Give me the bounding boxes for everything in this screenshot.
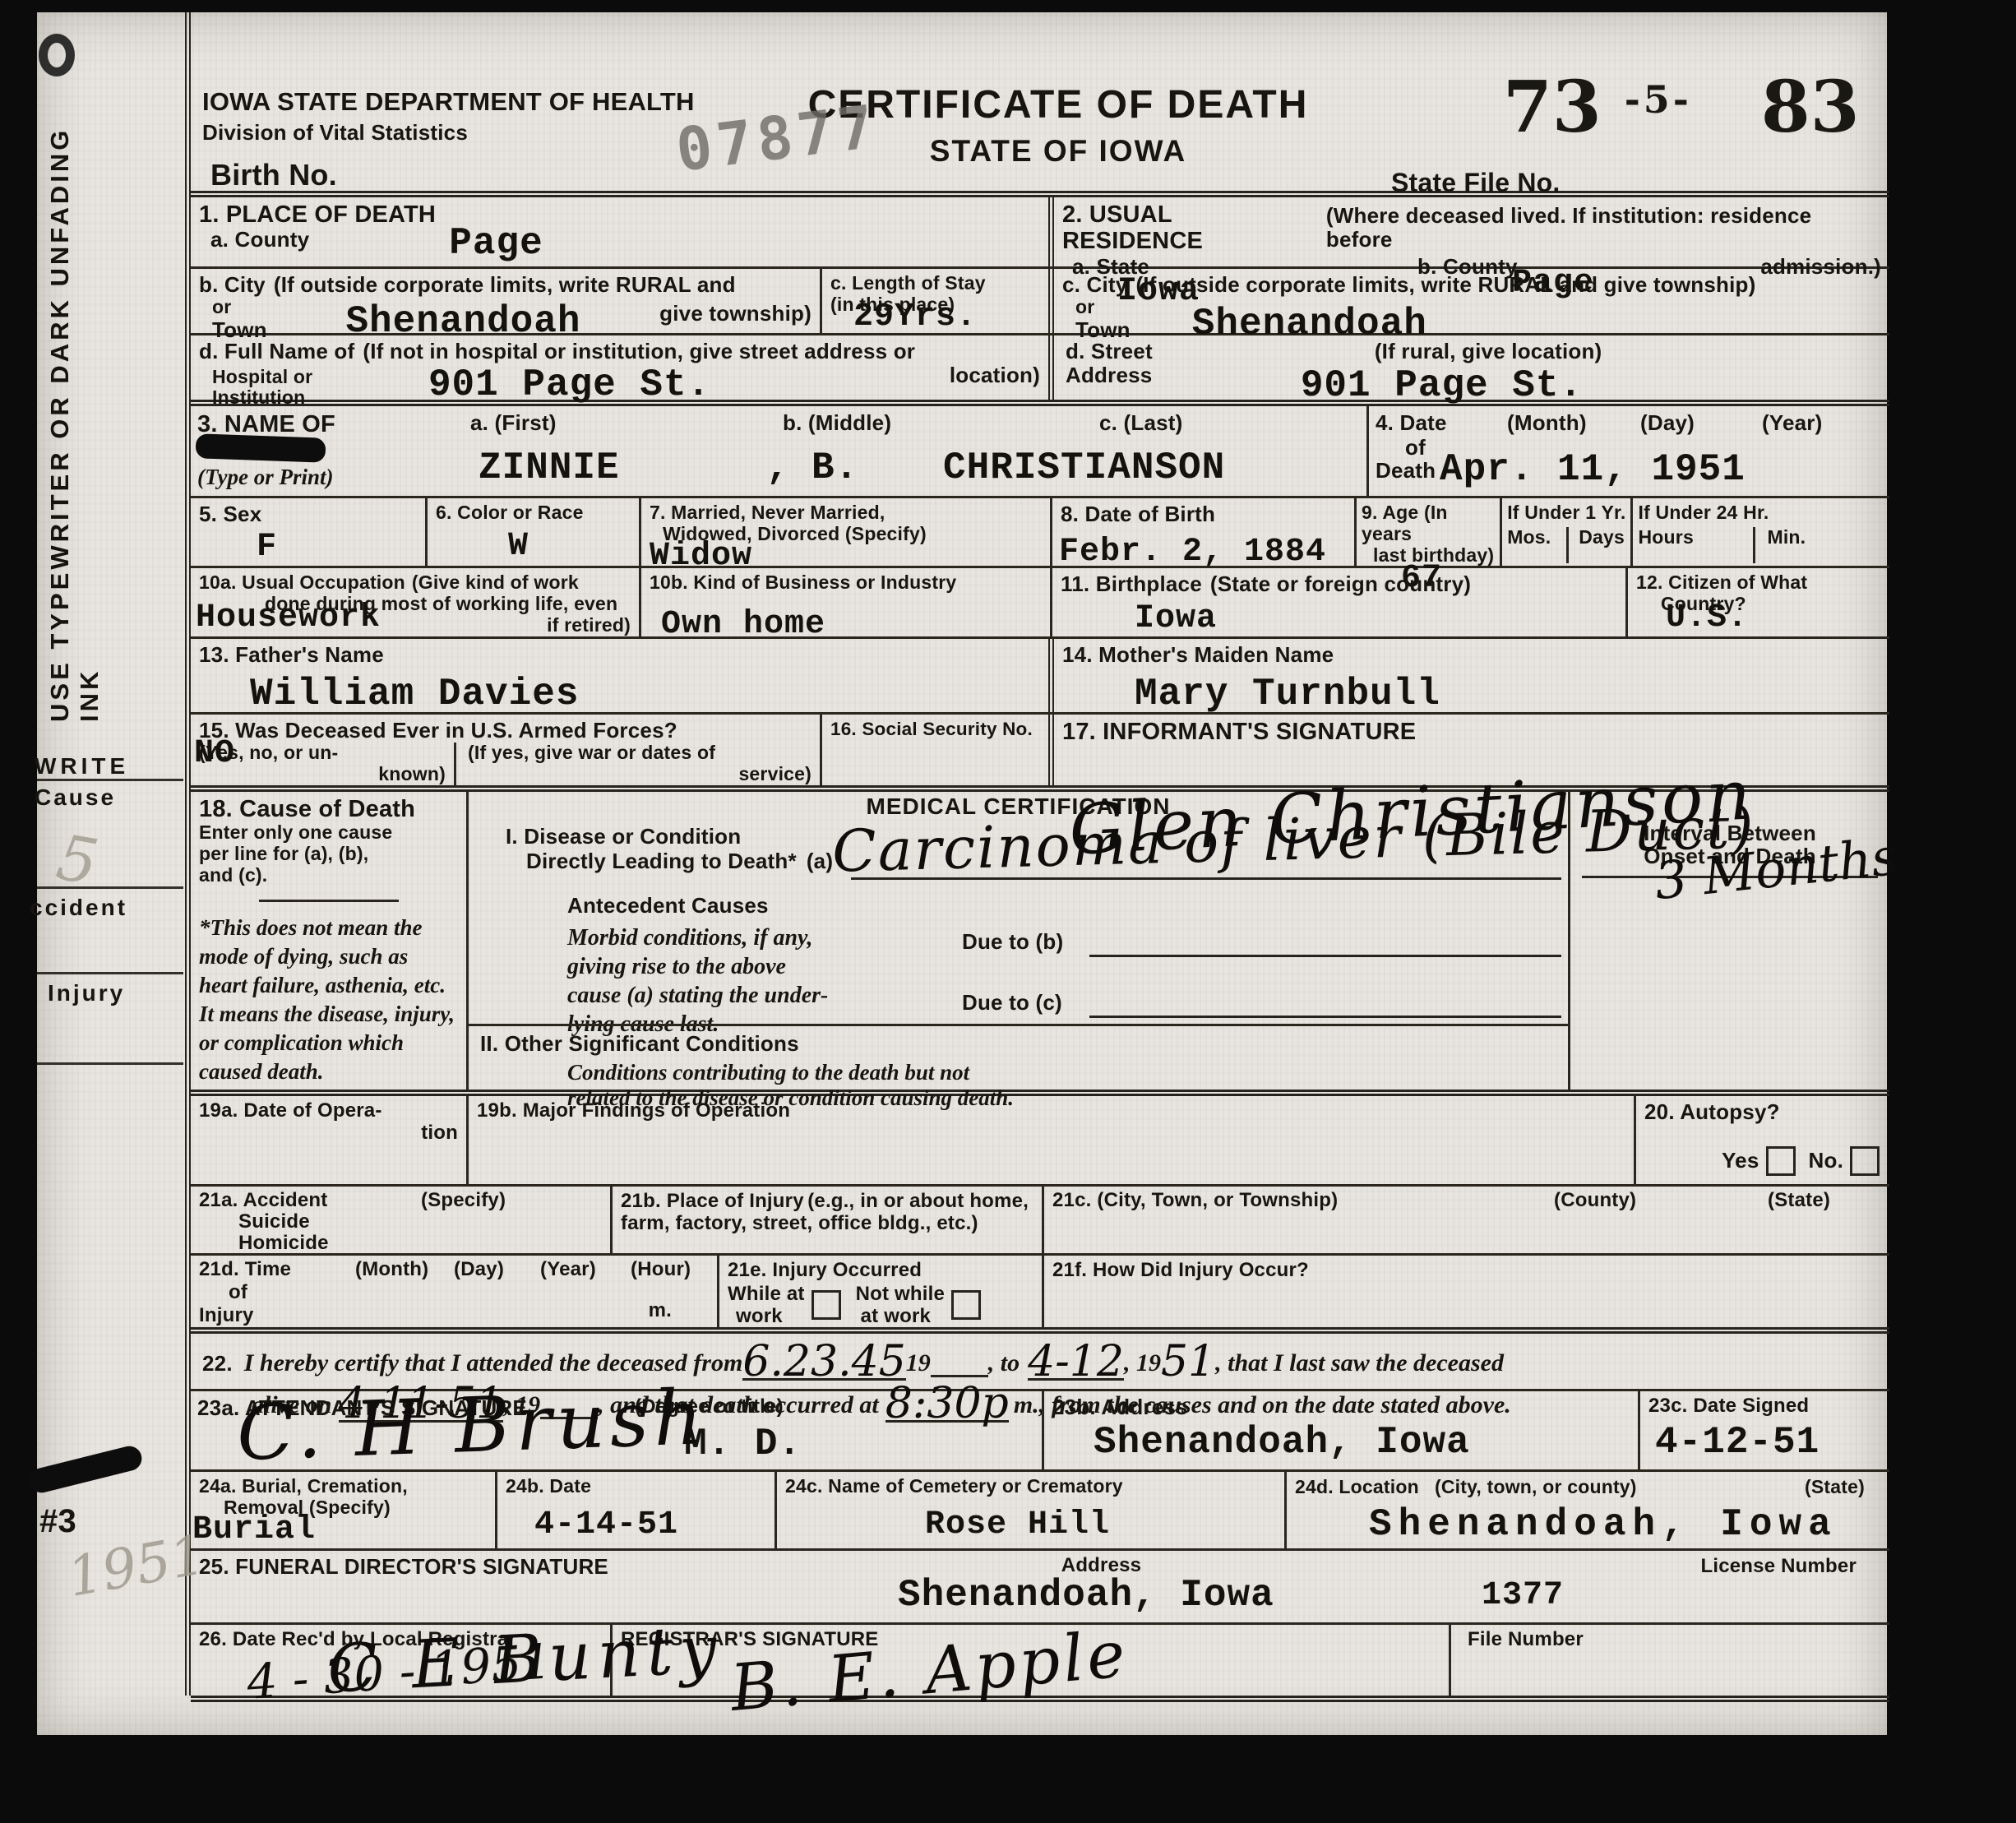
field-6-color-race: 6. Color or Race W	[425, 498, 639, 566]
row-injury-time: 21d. Time of Injury (Month) (Day) (Year)…	[191, 1256, 1889, 1334]
s9-u24-label: If Under 24 Hr.	[1638, 502, 1884, 524]
s1a-value: Page	[449, 224, 543, 262]
field-18-interval: Interval Between Onset and Death	[1568, 792, 1889, 1090]
s22-19a: 19	[906, 1349, 931, 1377]
s2c-or: or	[1075, 297, 1131, 318]
s18-due-c-blank	[1089, 1016, 1561, 1018]
s10a-value: Housework	[196, 602, 381, 635]
s25-label: 25. FUNERAL DIRECTOR'S SIGNATURE	[199, 1555, 746, 1579]
s2c-note: (If outside corporate limits, write RURA…	[1135, 273, 1755, 297]
field-24c-cemetery: 24c. Name of Cemetery or Crematory Rose …	[774, 1472, 1284, 1548]
field-26-registrar-signature: REGISTRAR'S SIGNATURE	[610, 1625, 1449, 1696]
s22-number: 22.	[202, 1351, 233, 1376]
s3c-label: c. (Last)	[1099, 411, 1182, 435]
field-23c-date-signed: 23c. Date Signed 4-12-51	[1638, 1391, 1889, 1469]
s1b-label: b. City	[199, 273, 266, 297]
s1a-label: a. County	[210, 228, 309, 252]
s21a-label3: Homicide	[238, 1233, 329, 1255]
s15-note3: (If yes, give war or dates of	[468, 743, 811, 764]
scan-border-top	[0, 0, 2016, 12]
s18-interval-label2: Onset and Death	[1570, 844, 1889, 868]
field-2-usual-residence: 2. USUAL RESIDENCE (Where deceased lived…	[1048, 197, 1889, 266]
s18-divider	[259, 900, 399, 902]
s15-label: 15. Was Deceased Ever in U.S. Armed Forc…	[199, 719, 811, 743]
s25-address-value: Shenandoah, Iowa	[898, 1576, 1274, 1614]
s6-value: W	[508, 530, 631, 563]
s20-yes-label: Yes	[1722, 1149, 1759, 1173]
field-18-medical-certification: MEDICAL CERTIFICATION I. Disease or Cond…	[466, 792, 1568, 1090]
s21e-not1: Not while	[856, 1284, 945, 1306]
field-18-instructions: 18. Cause of Death Enter only one cause …	[191, 792, 466, 1090]
row-accident: 21a. Accident Suicide Homicide (Specify)…	[191, 1187, 1889, 1256]
s3b-label: b. (Middle)	[783, 411, 891, 435]
margin-rule-2	[37, 886, 183, 889]
s21e-while1: While at	[728, 1284, 805, 1306]
s25-license-label: License Number	[1700, 1556, 1856, 1578]
s20-no-label: No.	[1809, 1149, 1843, 1173]
certificate-form: IOWA STATE DEPARTMENT OF HEALTH Division…	[185, 12, 1889, 1696]
field-4-date-of-death: 4. Date of Death (Month) (Day) (Year) Ap…	[1366, 406, 1889, 496]
s4-label3: Death	[1376, 459, 1436, 483]
s2-heading-note: (Where deceased lived. If institution: r…	[1326, 204, 1881, 252]
s24a-label1: 24a. Burial, Cremation,	[199, 1476, 487, 1497]
autopsy-no-checkbox[interactable]	[1850, 1146, 1880, 1176]
s22-part2: , that I last saw the deceased	[1215, 1349, 1504, 1377]
state-file-no-label: State File No.	[1391, 169, 1561, 198]
field-5-sex: 5. Sex F	[191, 498, 425, 566]
s23a-md-value: M. D.	[684, 1425, 802, 1463]
s24d-note: (City, town, or county)	[1435, 1477, 1637, 1498]
s2c-label: c. City	[1062, 273, 1127, 297]
s24c-label: 24c. Name of Cemetery or Crematory	[785, 1476, 1276, 1497]
s24d-state: (State)	[1805, 1477, 1865, 1498]
s9-mos-label: Mos.	[1507, 527, 1566, 548]
s3-middle-value: B.	[811, 449, 858, 487]
s18-morbid3: cause (a) stating the under-	[567, 981, 828, 1010]
s8-value: Febr. 2, 1884	[1059, 536, 1346, 569]
s1b-note1: (If outside corporate limits, write RURA…	[274, 273, 736, 297]
s18-due-c: Due to (c)	[962, 991, 1062, 1015]
s1d-value: 901 Page St.	[428, 366, 710, 404]
s9-min-label: Min.	[1753, 527, 1806, 563]
field-24a-burial: 24a. Burial, Cremation, Removal (Specify…	[191, 1472, 495, 1548]
s4-day-label: (Day)	[1640, 411, 1695, 435]
row-23-attendant: 23a. ATTENDANT'S SIGNATURE (Degree or ti…	[191, 1391, 1889, 1472]
field-26-date-received: 26. Date Rec'd by Local Registrar	[191, 1625, 610, 1696]
s18-morbid2: giving rise to the above	[567, 952, 828, 981]
s9-label1: 9. Age (In years	[1362, 502, 1495, 545]
s21a-label2: Suicide	[238, 1211, 310, 1233]
s10b-label: 10b. Kind of Business or Industry	[650, 572, 1042, 594]
s15-note2: known)	[199, 764, 446, 785]
s23b-value: Shenandoah, Iowa	[1094, 1423, 1470, 1461]
s2d-value: 901 Page St.	[1301, 367, 1602, 405]
s4-label2: of	[1405, 436, 1426, 460]
field-9-age-years: 9. Age (In years last birthday) 67	[1357, 498, 1500, 566]
s22-to: , to	[988, 1349, 1020, 1377]
s18-inst2: per line for (a), (b),	[199, 844, 458, 865]
s21c-county: (County)	[1554, 1190, 1636, 1212]
s21e-while2: work	[736, 1306, 805, 1328]
s1b-or: or	[212, 297, 267, 318]
margin-rule-3	[37, 972, 183, 974]
field-10a-occupation: 10a. Usual Occupation (Give kind of work…	[191, 568, 639, 636]
s26-registrar-label: REGISTRAR'S SIGNATURE	[621, 1629, 1440, 1651]
field-25-address: Address Shenandoah, Iowa	[754, 1551, 1449, 1622]
scan-border-right	[1887, 0, 2016, 1823]
s18-a-blank	[851, 877, 1561, 880]
scanned-death-certificate: IOWA STATE DEPARTMENT OF HEALTH Division…	[0, 0, 2016, 1823]
row-parents: 13. Father's Name William Davies 14. Mot…	[191, 639, 1889, 715]
s18-footnote: *This does not mean the mode of dying, s…	[199, 914, 458, 1087]
department-name: IOWA STATE DEPARTMENT OF HEALTH	[202, 88, 695, 117]
field-21e-injury-occurred: 21e. Injury Occurred While at work Not w…	[717, 1256, 1042, 1327]
field-15-armed-forces: 15. Was Deceased Ever in U.S. Armed Forc…	[191, 715, 820, 785]
s6-label: 6. Color or Race	[436, 502, 631, 524]
s1d-label: d. Full Name of	[199, 340, 354, 363]
field-19a-date-of-operation: 19a. Date of Opera- tion	[191, 1096, 466, 1184]
s21c-label: 21c. (City, Town, or Township)	[1052, 1190, 1338, 1212]
field-22-statement: 22.I hereby certify that I attended the …	[191, 1334, 1889, 1389]
s2-heading: 2. USUAL RESIDENCE	[1062, 201, 1318, 255]
s21f-label: 21f. How Did Injury Occur?	[1052, 1260, 1881, 1282]
s5-value: F	[257, 531, 417, 564]
medical-certification-title: MEDICAL CERTIFICATION	[469, 794, 1568, 819]
field-9-under-1yr: If Under 1 Yr. Mos. Days	[1500, 498, 1630, 566]
field-23b-address: 23b. Address Shenandoah, Iowa	[1042, 1391, 1638, 1469]
row-name-dateofdeath: 3. NAME OF (Type or Print) a. (First) b.…	[191, 406, 1889, 498]
s19a-label1: 19a. Date of Opera-	[199, 1100, 458, 1122]
s21d-day: (Day)	[454, 1259, 504, 1281]
field-1c-length-of-stay: c. Length of Stay (in this place) 29Yrs.	[820, 269, 1048, 333]
s4-label1: 4. Date	[1376, 411, 1447, 435]
margin-rule-4	[37, 1062, 183, 1065]
s5-label: 5. Sex	[199, 502, 417, 526]
field-14-mother: 14. Mother's Maiden Name Mary Turnbull	[1048, 639, 1889, 712]
s18-i-label1: I. Disease or Condition	[506, 825, 741, 849]
s18-cond1: Conditions contributing to the death but…	[567, 1060, 1014, 1085]
s2d-label: d. Street	[1066, 340, 1153, 363]
row-26-registrar: 26. Date Rec'd by Local Registrar REGIST…	[191, 1625, 1889, 1696]
s3-first-value: ZINNIE	[479, 449, 620, 487]
field-9-age: 9. Age (In years last birthday) 67 If Un…	[1354, 498, 1889, 566]
state-of-iowa: STATE OF IOWA	[717, 134, 1399, 168]
field-2c-city: c. City (If outside corporate limits, wr…	[1048, 269, 1889, 333]
s21e-label: 21e. Injury Occurred	[728, 1260, 1033, 1282]
margin-rule-1	[37, 779, 183, 781]
s9-days-label: Days	[1566, 527, 1625, 563]
s8-label: 8. Date of Birth	[1061, 502, 1346, 526]
s23b-label: 23b. Address	[1052, 1395, 1630, 1419]
field-12-citizen: 12. Citizen of What Country? U.S.	[1625, 568, 1889, 636]
s18-due-b: Due to (b)	[962, 930, 1063, 954]
row-address: d. Full Name of (If not in hospital or i…	[191, 335, 1889, 406]
field-1-place-of-death: 1. PLACE OF DEATH a. County Page	[191, 197, 1048, 266]
row-place-residence-top: 1. PLACE OF DEATH a. County Page 2. USUA…	[191, 197, 1889, 269]
injury-not-at-work-checkbox[interactable]	[951, 1290, 981, 1320]
field-26-file-number: File Number	[1449, 1625, 1889, 1696]
s26-label: 26. Date Rec'd by Local Registrar	[199, 1629, 602, 1651]
s21d-label1: 21d. Time	[199, 1259, 291, 1281]
field-24b-date: 24b. Date 4-14-51	[495, 1472, 774, 1548]
s15-value: NO	[194, 738, 235, 770]
s24c-value: Rose Hill	[925, 1509, 1110, 1542]
s4-year-label: (Year)	[1762, 411, 1822, 435]
s22-hw-to-date: 4-12	[1028, 1337, 1124, 1386]
s18-antecedent: Antecedent Causes	[567, 894, 769, 918]
certificate-title: CERTIFICATE OF DEATH	[717, 83, 1399, 127]
s24d-value: Shenandoah, Iowa	[1369, 1506, 1838, 1543]
s2d-sub: Address	[1066, 363, 1153, 387]
field-10b-industry: 10b. Kind of Business or Industry Own ho…	[639, 568, 1050, 636]
s24b-value: 4-14-51	[534, 1509, 678, 1542]
field-1b-city: b. City (If outside corporate limits, wr…	[191, 269, 820, 333]
birth-no-label: Birth No.	[210, 159, 337, 192]
row-forces-ssn-informant: 15. Was Deceased Ever in U.S. Armed Forc…	[191, 715, 1889, 792]
field-17-informant: 17. INFORMANT'S SIGNATURE	[1048, 715, 1889, 785]
s22-19b: , 19	[1124, 1349, 1161, 1377]
s23c-label: 23c. Date Signed	[1648, 1395, 1881, 1418]
field-20-autopsy: 20. Autopsy? Yes No.	[1634, 1096, 1889, 1184]
s15-note4: service)	[468, 764, 811, 785]
s21c-state: (State)	[1768, 1190, 1830, 1212]
corner-stamp-artifact	[39, 34, 75, 76]
s7-label1: 7. Married, Never Married,	[650, 502, 1042, 524]
field-24d-location: 24d. Location (City, town, or county) (S…	[1284, 1472, 1889, 1548]
s21d-m-label: m.	[649, 1300, 672, 1322]
s14-value: Mary Turnbull	[1135, 675, 1881, 713]
row-city-stay: b. City (If outside corporate limits, wr…	[191, 269, 1889, 335]
scan-border-bottom	[0, 1735, 2016, 1823]
s14-label: 14. Mother's Maiden Name	[1062, 643, 1881, 667]
s1c-value: 29Yrs.	[853, 301, 1040, 334]
s18-morbid1: Morbid conditions, if any,	[567, 923, 828, 952]
s3-heading: 3. NAME OF	[197, 411, 335, 437]
s22-part1: I hereby certify that I attended the dec…	[244, 1349, 743, 1377]
scan-border-left	[0, 0, 37, 1823]
field-21f-how-injury: 21f. How Did Injury Occur?	[1042, 1256, 1889, 1327]
injury-while-at-work-checkbox[interactable]	[811, 1290, 841, 1320]
s18-inst3: and (c).	[199, 865, 458, 886]
s24b-label: 24b. Date	[506, 1476, 766, 1497]
s11-value: Iowa	[1135, 603, 1617, 636]
s21b-label: 21b. Place of Injury	[621, 1190, 804, 1212]
s4-value: Apr. 11, 1951	[1440, 451, 1746, 488]
s19a-label2: tion	[199, 1122, 458, 1145]
autopsy-yes-checkbox[interactable]	[1766, 1146, 1796, 1176]
s13-value: William Davies	[250, 675, 1040, 713]
form-grid: 1. PLACE OF DEATH a. County Page 2. USUA…	[191, 191, 1889, 1696]
s21a-label1: 21a. Accident	[199, 1190, 327, 1212]
field-7-marital: 7. Married, Never Married, Widowed, Divo…	[639, 498, 1050, 566]
s11-note: (State or foreign country)	[1210, 572, 1471, 596]
s11-label: 11. Birthplace	[1061, 572, 1202, 596]
s18-interval-label1: Interval Between	[1570, 821, 1889, 845]
s1b-note2: give township)	[659, 302, 811, 326]
form-bottom-rule	[191, 1696, 1889, 1702]
s18-i-label2: Directly Leading to Death*	[526, 849, 797, 873]
field-19b-major-findings: 19b. Major Findings of Operation	[466, 1096, 1634, 1184]
field-21a-accident: 21a. Accident Suicide Homicide (Specify)	[191, 1187, 610, 1253]
s24a-value: Burial	[192, 1514, 316, 1547]
s18-inst1: Enter only one cause	[199, 822, 458, 844]
s23a-label: 23a. ATTENDANT'S SIGNATURE	[197, 1396, 527, 1420]
s3-last-value: CHRISTIANSON	[943, 449, 1225, 487]
row-25-funeral-director: 25. FUNERAL DIRECTOR'S SIGNATURE Address…	[191, 1551, 1889, 1625]
s18-section-divider	[469, 1024, 1568, 1026]
field-21b-place-of-injury: 21b. Place of Injury (e.g., in or about …	[610, 1187, 1042, 1253]
s22-hw-from-date: 6.23.45	[742, 1337, 905, 1386]
row-24-burial: 24a. Burial, Cremation, Removal (Specify…	[191, 1472, 1889, 1551]
field-25-signature: 25. FUNERAL DIRECTOR'S SIGNATURE	[191, 1551, 754, 1622]
s9-hours-label: Hours	[1638, 527, 1753, 548]
s18-ii-label: II. Other Significant Conditions	[480, 1032, 799, 1056]
row-sex-race-marital: 5. Sex F 6. Color or Race W 7. Married, …	[191, 498, 1889, 568]
s24d-label: 24d. Location	[1295, 1477, 1419, 1498]
field-21d-time-of-injury: 21d. Time of Injury (Month) (Day) (Year)…	[191, 1256, 717, 1327]
row-operation-autopsy: 19a. Date of Opera- tion 19b. Major Find…	[191, 1096, 1889, 1187]
s12-label1: 12. Citizen of What	[1636, 572, 1881, 594]
field-23a-attendant-signature: 23a. ATTENDANT'S SIGNATURE (Degree or ti…	[191, 1391, 1042, 1469]
certificate-paper: IOWA STATE DEPARTMENT OF HEALTH Division…	[37, 12, 1887, 1735]
row-22-certification: 22.I hereby certify that I attended the …	[191, 1334, 1889, 1391]
s21d-hour: (Hour)	[631, 1259, 691, 1281]
field-11-birthplace: 11. Birthplace (State or foreign country…	[1050, 568, 1625, 636]
form-header: IOWA STATE DEPARTMENT OF HEALTH Division…	[191, 12, 1889, 191]
s20-label: 20. Autopsy?	[1644, 1100, 1881, 1124]
s18-interval-blank	[1582, 876, 1878, 878]
field-25-license: License Number 1377	[1449, 1551, 1889, 1622]
s16-label: 16. Social Security No.	[830, 719, 1040, 739]
field-9-under-24hr: If Under 24 Hr. Hours Min.	[1630, 498, 1889, 566]
s18-ia-label: (a)	[807, 849, 833, 873]
s21d-year: (Year)	[540, 1259, 596, 1281]
field-2d-street-address: d. Street Address (If rural, give locati…	[1048, 335, 1889, 400]
s3-comma: ,	[766, 449, 790, 487]
s25-license-value: 1377	[1482, 1580, 1564, 1612]
s23a-degree-label: (Degree or title)	[635, 1396, 784, 1418]
s2d-note: (If rural, give location)	[1375, 340, 1602, 363]
s10b-value: Own home	[661, 608, 1042, 641]
s10a-label: 10a. Usual Occupation	[199, 572, 405, 594]
field-21c-location: 21c. (City, Town, or Township) (County) …	[1042, 1187, 1889, 1253]
s13-label: 13. Father's Name	[199, 643, 1040, 667]
s4-month-label: (Month)	[1507, 411, 1587, 435]
s21d-month: (Month)	[355, 1259, 428, 1281]
s1d-sub1: Hospital or	[212, 367, 312, 388]
field-16-ssn: 16. Social Security No.	[820, 715, 1048, 785]
s1d-note2: location)	[950, 363, 1040, 387]
s3-type-print: (Type or Print)	[197, 464, 333, 492]
s9-u1-label: If Under 1 Yr.	[1507, 502, 1625, 524]
s18-due-b-blank	[1089, 955, 1561, 957]
s1d-note1: (If not in hospital or institution, give…	[363, 340, 915, 363]
field-8-date-of-birth: 8. Date of Birth Febr. 2, 1884	[1050, 498, 1354, 566]
s1c-label: c. Length of Stay	[830, 273, 1040, 294]
s23c-value: 4-12-51	[1655, 1423, 1819, 1461]
field-1d-hospital: d. Full Name of (If not in hospital or i…	[191, 335, 1048, 400]
field-13-father: 13. Father's Name William Davies	[191, 639, 1048, 712]
s22-hw-year: 51	[1161, 1337, 1215, 1386]
s26-file-label: File Number	[1468, 1629, 1881, 1651]
s19b-label: 19b. Major Findings of Operation	[477, 1100, 1625, 1122]
s1-heading: 1. PLACE OF DEATH	[199, 201, 1040, 228]
margin-typewriter-instruction: USE TYPEWRITER OR DARK UNFADING INK	[45, 97, 104, 722]
s21d-label3: Injury	[199, 1305, 254, 1327]
s15-note1: (Yes, no, or un-	[199, 743, 446, 764]
division-name: Division of Vital Statistics	[202, 121, 468, 145]
row-occupation-birthplace: 10a. Usual Occupation (Give kind of work…	[191, 568, 1889, 639]
s10a-note1: (Give kind of work	[412, 572, 579, 594]
s12-value: U.S.	[1666, 602, 1881, 635]
s17-label: 17. INFORMANT'S SIGNATURE	[1062, 719, 1881, 745]
s21d-label2: of	[229, 1282, 247, 1304]
row-18-cause-of-death: 18. Cause of Death Enter only one cause …	[191, 792, 1889, 1096]
s21e-not2: at work	[861, 1306, 945, 1328]
s3a-label: a. (First)	[470, 411, 557, 435]
s21a-specify: (Specify)	[421, 1190, 506, 1212]
field-3-name: 3. NAME OF (Type or Print) a. (First) b.…	[191, 406, 1366, 496]
s18-heading: 18. Cause of Death	[199, 796, 458, 822]
